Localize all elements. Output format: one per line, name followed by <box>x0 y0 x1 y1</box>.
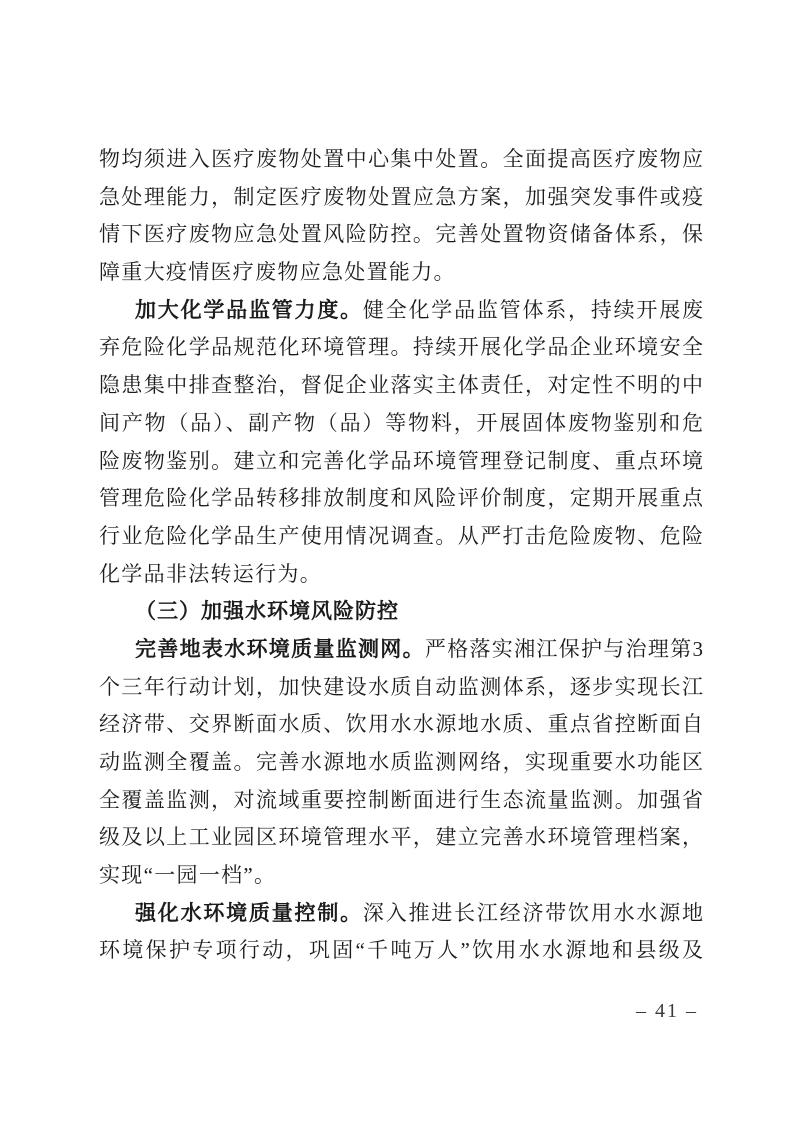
line-text: 全覆盖监测，对流域重要控制断面进行生态流量监测。加强省 <box>99 788 704 812</box>
text-line-lead: 加大化学品监管力度。健全化学品监管体系，持续开展废 <box>99 292 704 330</box>
text-line: 障重大疫情医疗废物应急处置能力。 <box>99 254 704 292</box>
text-line: 急处理能力，制定医疗废物处置应急方案，加强突发事件或疫 <box>99 179 704 217</box>
line-text: 个三年行动计划，加快建设水质自动监测体系，逐步实现长江 <box>99 675 704 699</box>
text-line: 物均须进入医疗废物处置中心集中处置。全面提高医疗废物应 <box>99 141 704 179</box>
text-line: 动监测全覆盖。完善水源地水质监测网络，实现重要水功能区 <box>99 744 704 782</box>
text-line: 个三年行动计划，加快建设水质自动监测体系，逐步实现长江 <box>99 669 704 707</box>
bold-lead-text: （三）加强水环境风险防控 <box>135 600 399 623</box>
text-line: 弃危险化学品规范化环境管理。持续开展化学品企业环境安全 <box>99 329 704 367</box>
text-line: 险废物鉴别。建立和完善化学品环境管理登记制度、重点环境 <box>99 443 704 481</box>
line-text: 严格落实湘江保护与治理第3 <box>425 637 704 661</box>
text-line-lead: 完善地表水环境质量监测网。严格落实湘江保护与治理第3 <box>99 631 704 669</box>
line-text: 级及以上工业园区环境管理水平，建立完善水环境管理档案， <box>99 825 704 849</box>
line-text: 动监测全覆盖。完善水源地水质监测网络，实现重要水功能区 <box>99 750 704 774</box>
line-text: 弃危险化学品规范化环境管理。持续开展化学品企业环境安全 <box>99 335 704 359</box>
text-line: 实现“一园一档”。 <box>99 857 704 895</box>
text-line: 环境保护专项行动，巩固“千吨万人”饮用水水源地和县级及 <box>99 932 704 970</box>
line-text: 险废物鉴别。建立和完善化学品环境管理登记制度、重点环境 <box>99 449 704 473</box>
bold-lead-text: 加大化学品监管力度。 <box>135 299 363 322</box>
line-text: 管理危险化学品转移排放制度和风险评价制度，定期开展重点 <box>99 486 704 510</box>
bold-lead-text: 完善地表水环境质量监测网。 <box>135 638 425 661</box>
line-text: 健全化学品监管体系，持续开展废 <box>363 298 704 322</box>
document-page: 物均须进入医疗废物处置中心集中处置。全面提高医疗废物应急处理能力，制定医疗废物处… <box>0 0 793 1122</box>
text-line: 情下医疗废物应急处置风险防控。完善处置物资储备体系，保 <box>99 216 704 254</box>
line-text: 急处理能力，制定医疗废物处置应急方案，加强突发事件或疫 <box>99 185 704 209</box>
page-number: – 41 – <box>636 1000 698 1023</box>
text-line: 全覆盖监测，对流域重要控制断面进行生态流量监测。加强省 <box>99 782 704 820</box>
line-text: 实现“一园一档”。 <box>99 863 276 887</box>
line-text: 行业危险化学品生产使用情况调查。从严打击危险废物、危险 <box>99 524 704 548</box>
text-line: 管理危险化学品转移排放制度和风险评价制度，定期开展重点 <box>99 480 704 518</box>
line-text: 情下医疗废物应急处置风险防控。完善处置物资储备体系，保 <box>99 222 704 246</box>
line-text: 化学品非法转运行为。 <box>99 562 322 586</box>
line-text: 经济带、交界断面水质、饮用水水源地水质、重点省控断面自 <box>99 712 704 736</box>
text-line-lead: （三）加强水环境风险防控 <box>99 593 704 631</box>
text-line: 级及以上工业园区环境管理水平，建立完善水环境管理档案， <box>99 819 704 857</box>
text-line: 隐患集中排查整治，督促企业落实主体责任，对定性不明的中 <box>99 367 704 405</box>
line-text: 隐患集中排查整治，督促企业落实主体责任，对定性不明的中 <box>99 373 704 397</box>
text-line: 经济带、交界断面水质、饮用水水源地水质、重点省控断面自 <box>99 706 704 744</box>
text-line: 化学品非法转运行为。 <box>99 556 704 594</box>
line-text: 环境保护专项行动，巩固“千吨万人”饮用水水源地和县级及 <box>99 938 704 962</box>
line-text: 障重大疫情医疗废物应急处置能力。 <box>99 260 456 284</box>
line-text: 物均须进入医疗废物处置中心集中处置。全面提高医疗废物应 <box>99 147 704 171</box>
text-line-lead: 强化水环境质量控制。深入推进长江经济带饮用水水源地 <box>99 895 704 933</box>
bold-lead-text: 强化水环境质量控制。 <box>135 902 363 925</box>
line-text: 深入推进长江经济带饮用水水源地 <box>363 901 704 925</box>
document-body: 物均须进入医疗废物处置中心集中处置。全面提高医疗废物应急处理能力，制定医疗废物处… <box>99 141 704 970</box>
text-line: 行业危险化学品生产使用情况调查。从严打击危险废物、危险 <box>99 518 704 556</box>
text-line: 间产物（品）、副产物（品）等物料，开展固体废物鉴别和危 <box>99 405 704 443</box>
line-text: 间产物（品）、副产物（品）等物料，开展固体废物鉴别和危 <box>99 411 704 435</box>
